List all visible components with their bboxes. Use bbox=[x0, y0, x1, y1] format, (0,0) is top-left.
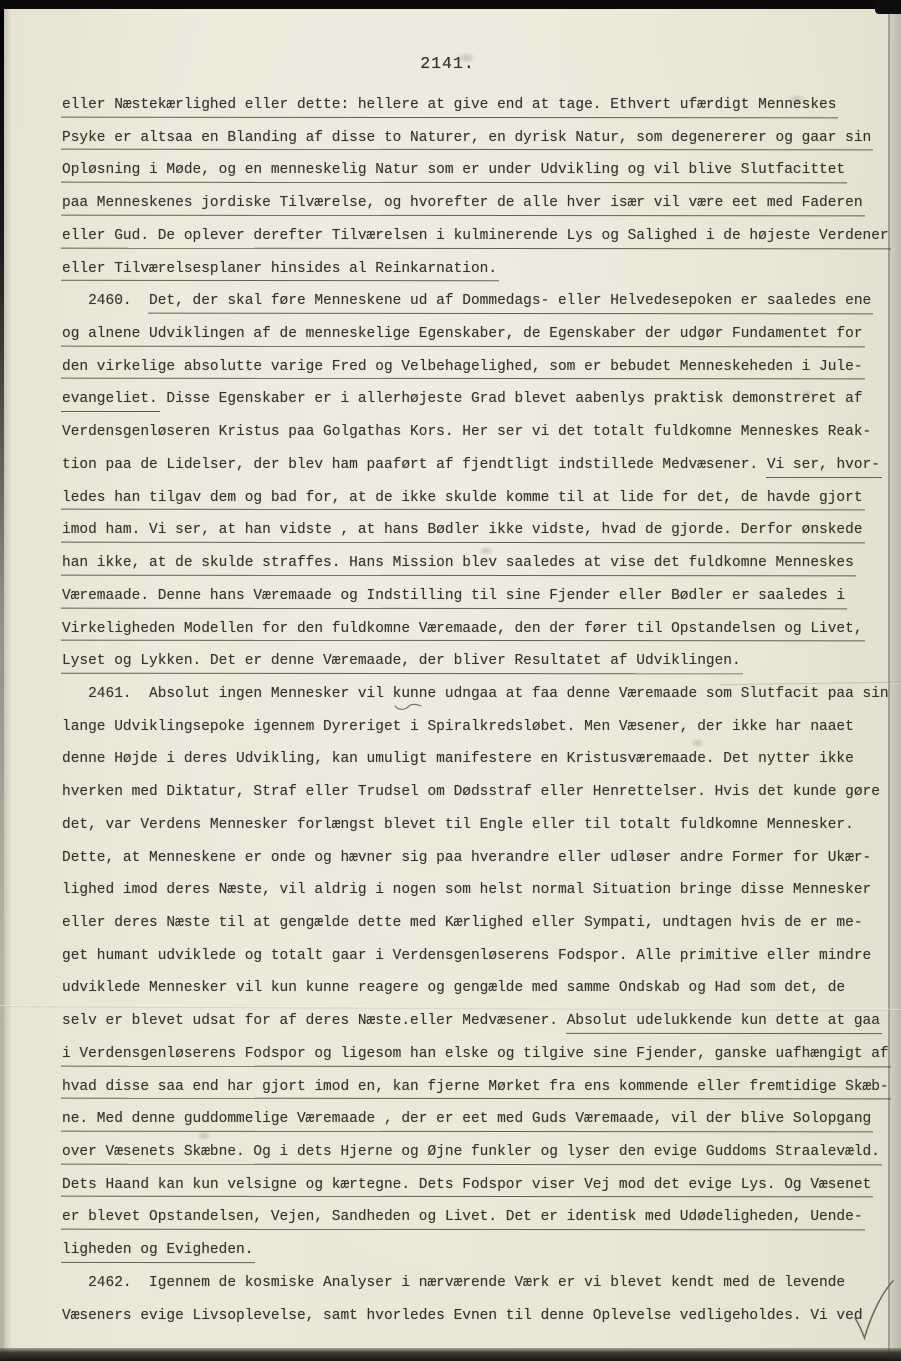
text-line: hvad disse saa end har gjort imod en, ka… bbox=[62, 1071, 892, 1104]
text-line: 2462. Igennem de kosmiske Analyser i nær… bbox=[62, 1267, 892, 1300]
scan-edge-top-right bbox=[875, 0, 901, 14]
text-line: hverken med Diktatur, Straf eller Trudse… bbox=[62, 776, 892, 809]
text-line: lighed imod deres Næste, vil aldrig i no… bbox=[62, 874, 892, 907]
text-line: over Væsenets Skæbne. Og i dets Hjerne o… bbox=[62, 1136, 892, 1169]
text-line: eller Næstekærlighed eller dette: heller… bbox=[62, 89, 892, 122]
text-line: udviklede Mennesker vil kun kunne reager… bbox=[62, 972, 892, 1005]
text-line: eller deres Næste til at gengælde dette … bbox=[62, 907, 892, 940]
text-line: ne. Med denne guddommelige Væremaade , d… bbox=[62, 1103, 892, 1136]
text-line: ledes han tilgav dem og bad for, at de i… bbox=[62, 482, 892, 515]
text-line: Væseners evige Livsoplevelse, samt hvorl… bbox=[62, 1300, 892, 1333]
text-line: Dets Haand kan kun velsigne og kærtegne.… bbox=[62, 1169, 892, 1202]
text-line: den virkelige absolutte varige Fred og V… bbox=[62, 351, 892, 384]
text-line: 2461. Absolut ingen Mennesker vil kunne … bbox=[62, 678, 892, 711]
text-line: selv er blevet udsat for af deres Næste.… bbox=[62, 1005, 892, 1038]
text-line: og alnene Udviklingen af de menneskelige… bbox=[62, 318, 892, 351]
text-line: han ikke, at de skulde straffes. Hans Mi… bbox=[62, 547, 892, 580]
text-line: Opløsning i Møde, og en menneskelig Natu… bbox=[62, 154, 892, 187]
text-line: paa Menneskenes jordiske Tilværelse, og … bbox=[62, 187, 892, 220]
paper-edge-shadow-left bbox=[4, 0, 11, 1361]
text-line: Verdensgenløseren Kristus paa Golgathas … bbox=[62, 416, 892, 449]
text-line: lange Udviklingsepoke igennem Dyreriget … bbox=[62, 711, 892, 744]
text-line: Psyke er altsaa en Blanding af disse to … bbox=[62, 122, 892, 155]
typewritten-text: eller Næstekærlighed eller dette: heller… bbox=[62, 89, 892, 1332]
scan-edge-top bbox=[0, 0, 901, 9]
text-line: 2460. Det, der skal føre Menneskene ud a… bbox=[62, 285, 892, 318]
scan-edge-bottom bbox=[0, 1348, 901, 1361]
text-line: Væremaade. Denne hans Væremaade og Indst… bbox=[62, 580, 892, 613]
typo-squiggle-icon bbox=[393, 701, 425, 713]
text-line: eller Tilværelsesplaner hinsides al Rein… bbox=[62, 253, 892, 286]
scanned-page: { "page": { "number": "2141." }, "colors… bbox=[0, 0, 901, 1361]
text-line: Dette, at Menneskene er onde og hævner s… bbox=[62, 842, 892, 875]
text-line: ligheden og Evigheden. bbox=[62, 1234, 892, 1267]
page-number: 2141. bbox=[4, 54, 891, 73]
text-line: i Verdensgenløserens Fodspor og ligesom … bbox=[62, 1038, 892, 1071]
text-line: er blevet Opstandelsen, Vejen, Sandheden… bbox=[62, 1201, 892, 1234]
text-line: Lyset og Lykken. Det er denne Væremaade,… bbox=[62, 645, 892, 678]
text-line: denne Højde i deres Udvikling, kan umuli… bbox=[62, 743, 892, 776]
text-line: evangeliet. Disse Egenskaber er i allerh… bbox=[62, 383, 892, 416]
text-line: Virkeligheden Modellen for den fuldkomne… bbox=[62, 613, 892, 646]
text-line: tion paa de Lidelser, der blev ham paafø… bbox=[62, 449, 892, 482]
text-line: imod ham. Vi ser, at han vidste , at han… bbox=[62, 514, 892, 547]
text-line: get humant udviklede og totalt gaar i Ve… bbox=[62, 940, 892, 973]
pen-checkmark-icon bbox=[848, 1278, 898, 1348]
text-line: eller Gud. De oplever derefter Tilværels… bbox=[62, 220, 892, 253]
text-line: det, var Verdens Mennesker forlængst ble… bbox=[62, 809, 892, 842]
